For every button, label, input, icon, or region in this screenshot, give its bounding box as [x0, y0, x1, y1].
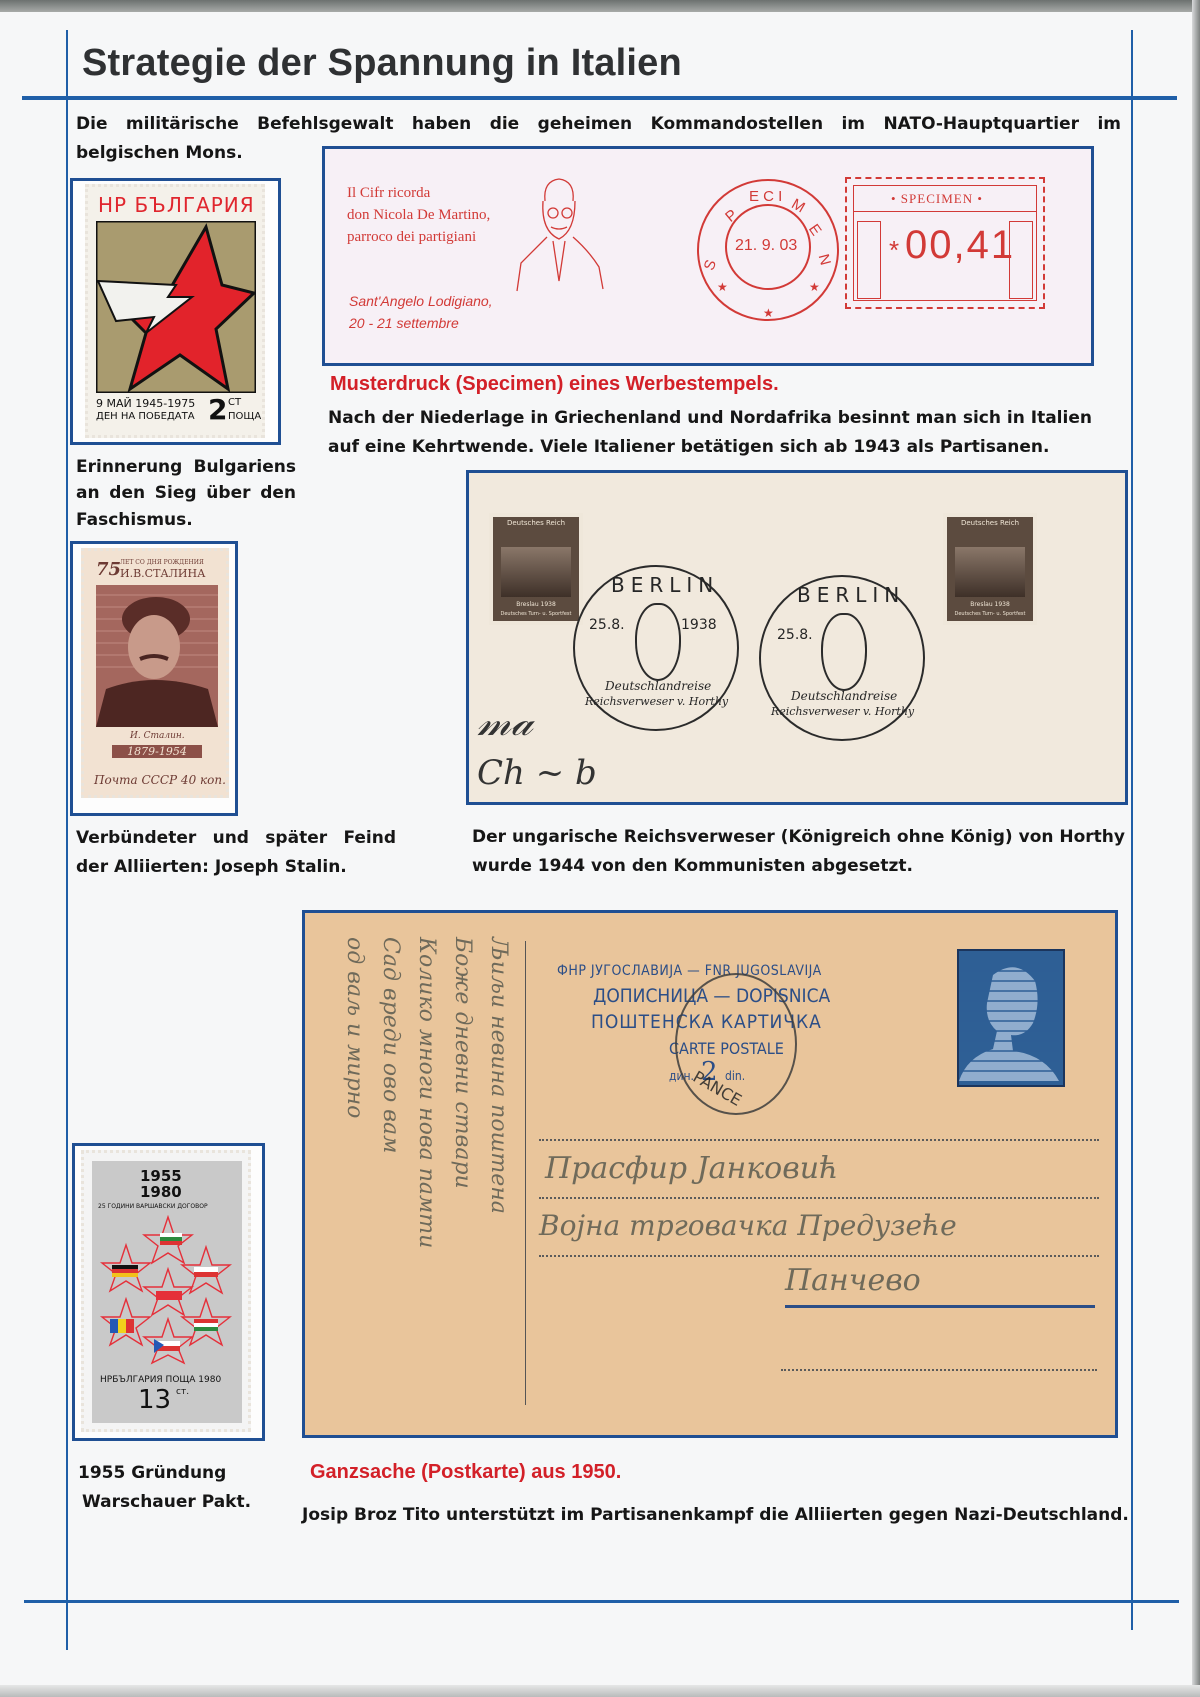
bulgaria-caption-line2: an den Sieg über den — [76, 478, 296, 508]
stamp-country: НР БЪЛГАРИЯ — [98, 193, 255, 217]
warsaw-pact-stamp-frame: 1955 1980 25 ГОДИНИ ВАРШАВСКИ ДОГОВОР НР… — [72, 1143, 265, 1441]
stalin-stamp-frame: 75 ЛЕТ СО ДНЯ РОЖДЕНИЯ И.В.СТАЛИНА И. Ст… — [70, 541, 238, 816]
cancel-text-2: Reichsverweser v. Horthy — [585, 695, 728, 708]
title-underline — [22, 96, 1177, 100]
stamp-unit-bottom: ПОЩА — [228, 411, 261, 422]
reich-stamp-buildings — [955, 547, 1025, 597]
message-line-3: Колико многи нова памти — [414, 937, 439, 1248]
meter-place: Sant'Angelo Lodigiano, — [349, 291, 493, 312]
reich-stamp-right: Deutsches Reich Breslau 1938 Deutsches T… — [943, 513, 1037, 625]
stalin-stamp: 75 ЛЕТ СО ДНЯ РОЖДЕНИЯ И.В.СТАЛИНА И. Ст… — [81, 548, 229, 798]
warsaw-value: 13 — [138, 1385, 171, 1415]
page-title: Strategie der Spannung in Italien — [82, 42, 682, 85]
priest-portrait-icon — [503, 171, 613, 301]
warsaw-bottom-text: НРБЪЛГАРИЯ ПОЩА 1980 — [100, 1375, 221, 1385]
stamp-victory-day: ДЕН НА ПОБЕДАТА — [96, 411, 195, 422]
postcard-divider-line — [525, 941, 526, 1405]
svg-text:★: ★ — [717, 280, 728, 294]
meter-dates: 20 - 21 settembre — [349, 313, 459, 334]
horthy-caption-line2: wurde 1944 von den Kommunisten abgesetzt… — [472, 851, 913, 881]
cancel-text-1: Deutschlandreise — [605, 679, 711, 693]
meter-cancel-date: 21. 9. 03 — [735, 237, 797, 255]
stamp-value: 2 — [208, 393, 227, 426]
hungarian-coat-of-arms-icon — [821, 613, 867, 691]
svg-text:P: P — [722, 206, 741, 225]
svg-text:N: N — [815, 252, 834, 267]
meter-slogan-line3: parroco dei partigiani — [347, 227, 476, 248]
stalin-signature: И. Сталин. — [130, 731, 185, 741]
address-line — [539, 1197, 1099, 1199]
bulgaria-victory-stamp: НР БЪЛГАРИЯ 9 МАЙ 1945-1975 ДЕН НА ПОБЕД… — [85, 184, 265, 438]
frame-line-right — [1131, 30, 1133, 1630]
reich-stamp-left: Deutsches Reich Breslau 1938 Deutsches T… — [489, 513, 583, 625]
svg-text:S: S — [701, 257, 720, 272]
intro-text-line2: belgischen Mons. — [76, 138, 243, 168]
specimen-caption-line2: auf eine Kehrtwende. Viele Italiener bet… — [328, 432, 1050, 462]
stalin-stamp-number: 75 — [96, 559, 121, 580]
address-line — [539, 1139, 1099, 1141]
meter-label-divider — [853, 211, 1037, 212]
address-line — [539, 1255, 1099, 1257]
message-line-4: Сад вреди ово вам — [378, 937, 403, 1153]
cancel-date: 25.8. — [589, 617, 625, 633]
svg-text:★: ★ — [809, 280, 820, 294]
cancel-text-1: Deutschlandreise — [791, 689, 897, 703]
cancel-text-2: Reichsverweser v. Horthy — [771, 705, 914, 718]
meter-value-frame: • SPECIMEN • * 00,41 — [845, 177, 1045, 309]
bulgaria-victory-stamp-frame: НР БЪЛГАРИЯ 9 МАЙ 1945-1975 ДЕН НА ПОБЕД… — [70, 178, 281, 445]
meter-slogan-line2: don Nicola De Martino, — [347, 205, 490, 226]
meter-ornament-left — [857, 221, 881, 299]
red-star-icon — [96, 221, 256, 393]
reich-stamp-inscription-2: Deutsches Turn- u. Sportfest — [493, 611, 579, 617]
meter-value: 00,41 — [905, 223, 1015, 268]
horthy-caption-line1: Der ungarische Reichsverweser (Königreic… — [472, 822, 1125, 852]
postcard-caption: Josip Broz Tito unterstützt im Partisane… — [302, 1500, 1129, 1530]
specimen-caption-line1: Nach der Niederlage in Griechenland und … — [328, 403, 1092, 433]
reich-stamp-country: Deutsches Reich — [493, 519, 579, 527]
stalin-caption-line2: der Alliierten: Joseph Stalin. — [76, 852, 347, 882]
berlin-cancel-right: BERLIN 25.8. Deutschlandreise Reichsverw… — [759, 575, 925, 741]
message-line-2: Боже дневни ствари — [450, 937, 475, 1189]
meter-frame-label: • SPECIMEN • — [891, 191, 983, 207]
stalin-caption-line1: Verbündeter und später Feind — [76, 823, 396, 853]
stamp-date-line: 9 МАЙ 1945-1975 — [96, 397, 195, 410]
cancel-city: BERLIN — [797, 583, 905, 607]
tito-portrait-icon — [959, 951, 1059, 1081]
message-line-1: Љиљи невина поштена — [486, 937, 511, 1214]
meter-value-prefix: * — [889, 235, 901, 266]
stalin-stamp-small: ЛЕТ СО ДНЯ РОЖДЕНИЯ — [120, 559, 204, 566]
scan-edge-bottom — [0, 1685, 1200, 1697]
address-line — [781, 1369, 1097, 1371]
bulgaria-caption-line3: Faschismus. — [76, 505, 193, 535]
cancel-date: 25.8. — [777, 627, 813, 643]
intro-text-line1: Die militärische Befehlsgewalt haben die… — [76, 109, 1121, 139]
bottom-rule — [24, 1600, 1179, 1603]
specimen-meter-frame: Il Cifr ricorda don Nicola De Martino, p… — [322, 146, 1094, 366]
cancel-city: BERLIN — [611, 573, 719, 597]
stalin-postage: Почта СССР 40 коп. — [94, 773, 226, 787]
handwriting-fragment: Ch ~ b — [477, 753, 597, 793]
warsaw-unit: ст. — [176, 1387, 189, 1397]
stalin-years: 1879-1954 — [112, 745, 202, 758]
reich-stamp-buildings — [501, 547, 571, 597]
address-line-3: Панчево — [785, 1263, 921, 1298]
svg-text:★: ★ — [763, 306, 774, 320]
berlin-cover-piece-frame: Deutsches Reich Breslau 1938 Deutsches T… — [466, 470, 1128, 805]
stamp-unit-top: СТ — [228, 397, 241, 408]
svg-text:E C I: E C I — [749, 188, 782, 205]
warsaw-subtitle: 25 ГОДИНИ ВАРШАВСКИ ДОГОВОР — [98, 1203, 208, 1210]
postcard-heading: Ganzsache (Postkarte) aus 1950. — [310, 1461, 621, 1484]
reich-stamp-inscription: Breslau 1938 — [947, 601, 1033, 608]
stalin-portrait-icon — [96, 585, 218, 727]
address-line-2: Војна трговачка Предузеће — [539, 1209, 957, 1242]
warsaw-pact-stamp: 1955 1980 25 ГОДИНИ ВАРШАВСКИ ДОГОВОР НР… — [81, 1150, 251, 1432]
warsaw-stars-flags-icon — [96, 1215, 236, 1365]
frame-line-left — [66, 30, 68, 1650]
stalin-stamp-name: И.В.СТАЛИНА — [120, 567, 205, 580]
scan-edge-right — [1192, 0, 1200, 1697]
berlin-cancel-left: BERLIN 25.8. 1938 Deutschlandreise Reich… — [573, 565, 739, 731]
postcard-header: ФНР ЈУГОСЛАВИЈА — FNR JUGOSLAVIJA — [557, 963, 822, 979]
address-underline — [785, 1305, 1095, 1308]
warsaw-caption-line2: Warschauer Pakt. — [82, 1487, 251, 1517]
warsaw-caption-line1: 1955 Gründung — [78, 1458, 226, 1488]
handwriting-fragment: 𝓂𝒶 — [477, 699, 533, 745]
hungarian-coat-of-arms-icon — [635, 603, 681, 681]
yugoslav-postcard-frame: ФНР ЈУГОСЛАВИЈА — FNR JUGOSLAVIJA ДОПИСН… — [302, 910, 1118, 1438]
warsaw-year-2: 1980 — [140, 1183, 182, 1201]
message-line-5: од ваљ и мирно — [342, 937, 367, 1118]
scan-edge-top — [0, 0, 1200, 12]
pancevo-postmark: PANCE — [675, 973, 797, 1115]
specimen-heading: Musterdruck (Specimen) eines Werbestempe… — [330, 373, 779, 396]
reich-stamp-inscription: Breslau 1938 — [493, 601, 579, 608]
address-line-1: Прасфир Јанковић — [545, 1151, 838, 1186]
meter-slogan-line1: Il Cifr ricorda — [347, 183, 430, 204]
tito-imprinted-stamp — [957, 949, 1065, 1087]
reich-stamp-inscription-2: Deutsches Turn- u. Sportfest — [947, 611, 1033, 617]
cancel-year: 1938 — [681, 617, 717, 633]
postmark-town: PANCE — [690, 1067, 745, 1110]
reich-stamp-country: Deutsches Reich — [947, 519, 1033, 527]
